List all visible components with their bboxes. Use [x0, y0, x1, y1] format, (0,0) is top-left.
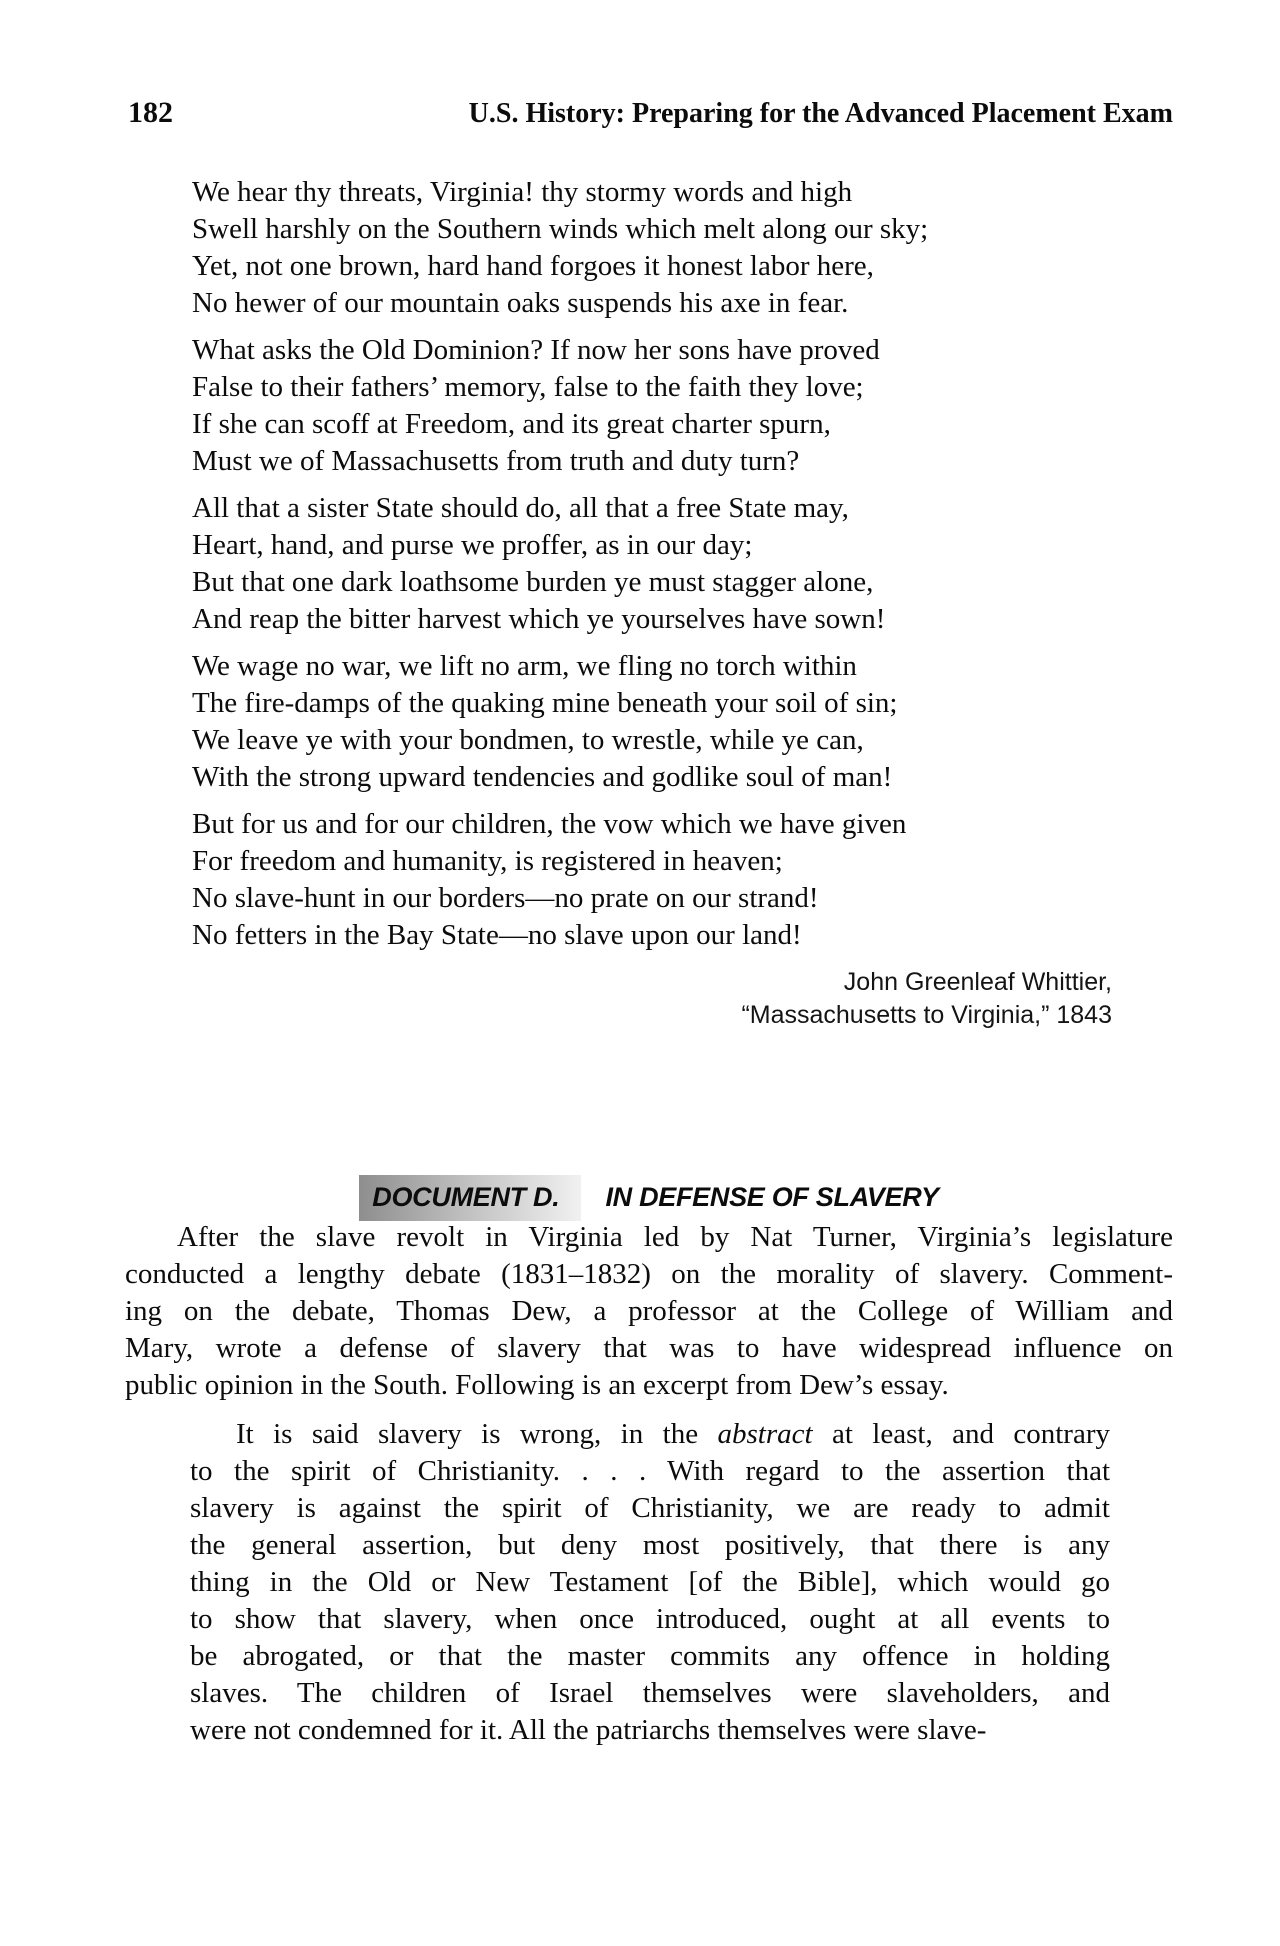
text-line: thing in the Old or New Testament [of th…	[190, 1564, 1110, 1601]
poem-line: But that one dark loathsome burden ye mu…	[192, 564, 1112, 601]
text-line: were not condemned for it. All the patri…	[190, 1712, 1110, 1749]
document-heading: DOCUMENT D.IN DEFENSE OF SLAVERY	[125, 1175, 1173, 1221]
text-line: to the spirit of Christianity. . . . Wit…	[190, 1453, 1110, 1490]
poem-attribution: John Greenleaf Whittier,“Massachusetts t…	[400, 966, 1112, 1032]
text-line: public opinion in the South. Following i…	[125, 1367, 1173, 1404]
poem: We hear thy threats, Virginia! thy storm…	[192, 174, 1112, 954]
poem-line: We wage no war, we lift no arm, we fling…	[192, 648, 1112, 685]
document-title: IN DEFENSE OF SLAVERY	[605, 1182, 938, 1213]
poem-line: All that a sister State should do, all t…	[192, 490, 1112, 527]
poem-line: If she can scoff at Freedom, and its gre…	[192, 406, 1112, 443]
poem-stanza: What asks the Old Dominion? If now her s…	[192, 332, 1112, 480]
attribution-line: “Massachusetts to Virginia,” 1843	[400, 999, 1112, 1032]
excerpt-paragraph: It is said slavery is wrong, in the abst…	[190, 1416, 1110, 1749]
text-line: It is said slavery is wrong, in the abst…	[190, 1416, 1110, 1453]
poem-stanza: We wage no war, we lift no arm, we fling…	[192, 648, 1112, 796]
text-line: After the slave revolt in Virginia led b…	[125, 1219, 1173, 1256]
poem-line: What asks the Old Dominion? If now her s…	[192, 332, 1112, 369]
running-title: U.S. History: Preparing for the Advanced…	[469, 95, 1173, 132]
text-line: to show that slavery, when once introduc…	[190, 1601, 1110, 1638]
poem-line: Must we of Massachusetts from truth and …	[192, 443, 1112, 480]
poem-line: With the strong upward tendencies and go…	[192, 759, 1112, 796]
intro-paragraph: After the slave revolt in Virginia led b…	[125, 1219, 1173, 1404]
poem-line: False to their fathers’ memory, false to…	[192, 369, 1112, 406]
poem-line: Yet, not one brown, hard hand forgoes it…	[192, 248, 1112, 285]
poem-stanza: All that a sister State should do, all t…	[192, 490, 1112, 638]
poem-line: No fetters in the Bay State—no slave upo…	[192, 917, 1112, 954]
poem-line: But for us and for our children, the vow…	[192, 806, 1112, 843]
poem-line: Heart, hand, and purse we proffer, as in…	[192, 527, 1112, 564]
page-header: 182 U.S. History: Preparing for the Adva…	[128, 94, 1173, 132]
text-line: be abrogated, or that the master commits…	[190, 1638, 1110, 1675]
text-line: conducted a lengthy debate (1831–1832) o…	[125, 1256, 1173, 1293]
poem-line: The fire-damps of the quaking mine benea…	[192, 685, 1112, 722]
text-line: slavery is against the spirit of Christi…	[190, 1490, 1110, 1527]
book-page: 182 U.S. History: Preparing for the Adva…	[0, 0, 1280, 1946]
text-line: the general assertion, but deny most pos…	[190, 1527, 1110, 1564]
poem-line: We hear thy threats, Virginia! thy storm…	[192, 174, 1112, 211]
text-line: ing on the debate, Thomas Dew, a profess…	[125, 1293, 1173, 1330]
document-label: DOCUMENT D.	[359, 1175, 581, 1221]
text-line: slaves. The children of Israel themselve…	[190, 1675, 1110, 1712]
page-number: 182	[128, 94, 173, 131]
poem-stanza: We hear thy threats, Virginia! thy storm…	[192, 174, 1112, 322]
poem-line: We leave ye with your bondmen, to wrestl…	[192, 722, 1112, 759]
poem-line: Swell harshly on the Southern winds whic…	[192, 211, 1112, 248]
poem-line: For freedom and humanity, is registered …	[192, 843, 1112, 880]
poem-line: No hewer of our mountain oaks suspends h…	[192, 285, 1112, 322]
poem-line: And reap the bitter harvest which ye you…	[192, 601, 1112, 638]
attribution-line: John Greenleaf Whittier,	[400, 966, 1112, 999]
text-line: Mary, wrote a defense of slavery that wa…	[125, 1330, 1173, 1367]
poem-stanza: But for us and for our children, the vow…	[192, 806, 1112, 954]
poem-line: No slave-hunt in our borders—no prate on…	[192, 880, 1112, 917]
